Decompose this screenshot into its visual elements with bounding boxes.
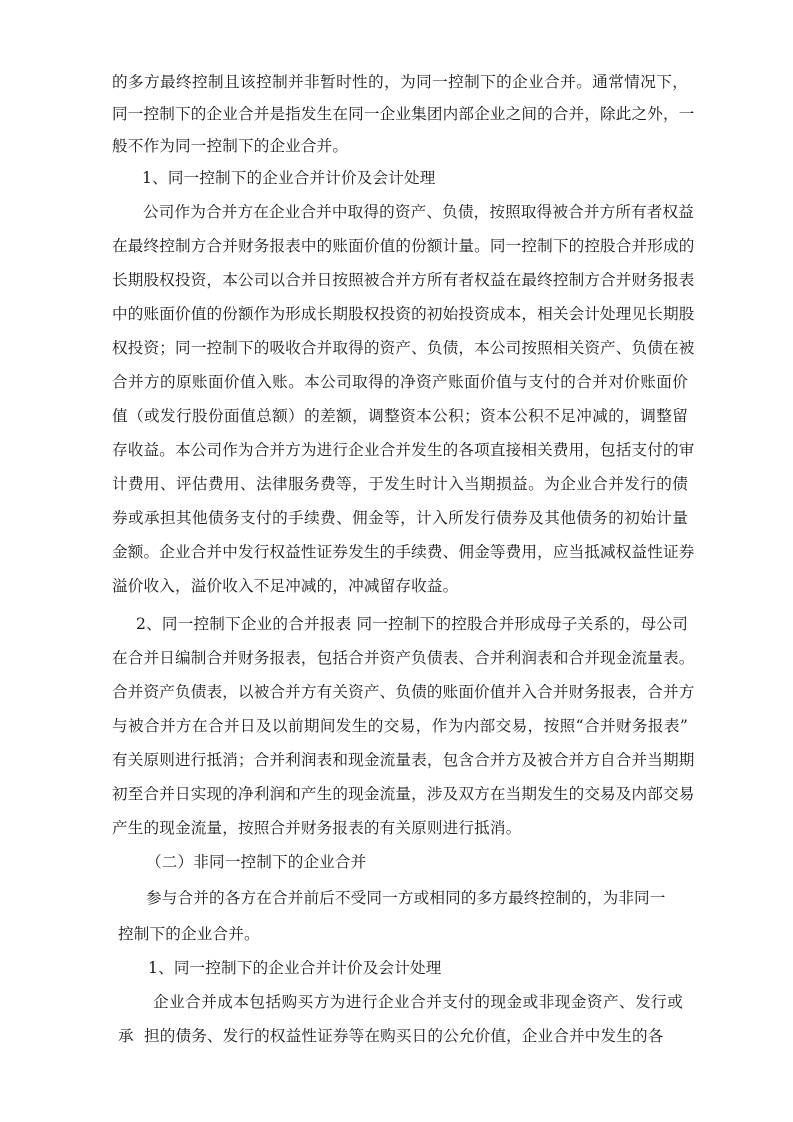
paragraph-line: 与被合并方在合并日及以前期间发生的交易，作为内部交易，按照“合并财务报表” [112, 716, 688, 736]
paragraph-line: 计费用、评估费用、法律服务费等，于发生时计入当期损益。为企业合并发行的债 [112, 474, 688, 494]
paragraph-line: 产生的现金流量，按照合并财务报表的有关原则进行抵消。 [112, 818, 521, 838]
paragraph-line: 参与合并的各方在合并前后不受同一方或相同的多方最终控制的，为非同一 [146, 888, 666, 908]
paragraph-line: 公司作为合并方在企业合并中取得的资产、负债，按照取得被合并方所有者权益 [143, 202, 688, 222]
paragraph-line: 在合并日编制合并财务报表，包括合并资产负债表、合并利润表和合并现金流量表。 [112, 648, 688, 668]
paragraph-line: 权投资；同一控制下的吸收合并取得的资产、负债，本公司按照相关资产、负债在被 [112, 338, 688, 358]
paragraph-line: 券或承担其他债务支付的手续费、佣金等，计入所发行债券及其他债务的初始计量 [112, 508, 688, 528]
paragraph-line: 2、同一控制下企业的合并报表 同一控制下的控股合并形成母子关系的，母公司 [136, 614, 688, 634]
paragraph-line: 承 担的债务、发行的权益性证券等在购买日的公允价值，企业合并中发生的各 [118, 1026, 664, 1046]
document-page: 的多方最终控制且该控制并非暂时性的，为同一控制下的企业合并。通常情况下， 同一控… [0, 0, 793, 1122]
paragraph-line: 在最终控制方合并财务报表中的账面价值的份额计量。同一控制下的控股合并形成的 [112, 236, 688, 256]
paragraph-line: 合并方的原账面价值入账。本公司取得的净资产账面价值与支付的合并对价账面价 [112, 372, 688, 392]
paragraph-line: 般不作为同一控制下的企业合并。 [112, 136, 348, 156]
paragraph-line: 金额。企业合并中发行权益性证券发生的手续费、佣金等费用，应当抵减权益性证券 [112, 542, 688, 562]
paragraph-line: 合并资产负债表，以被合并方有关资产、负债的账面价值并入合并财务报表，合并方 [112, 682, 688, 702]
paragraph-line: 控制下的企业合并。 [118, 924, 260, 944]
paragraph-line: 企业合并成本包括购买方为进行企业合并支付的现金或非现金资产、发行或 [153, 992, 683, 1012]
paragraph-line: 同一控制下的企业合并是指发生在同一企业集团内部企业之间的合并，除此之外，一 [112, 104, 688, 124]
section-heading: （二）非同一控制下的企业合并 [146, 852, 366, 872]
paragraph-line: 溢价收入，溢价收入不足冲减的，冲减留存收益。 [112, 576, 458, 596]
paragraph-line: 初至合并日实现的净利润和产生的现金流量，涉及双方在当期发生的交易及内部交易 [112, 784, 688, 804]
paragraph-line: 有关原则进行抵消；合并利润表和现金流量表，包含合并方及被合并方自合并当期期 [112, 750, 688, 770]
section-heading: 1、同一控制下的企业合并计价及会计处理 [148, 958, 441, 978]
paragraph-line: 的多方最终控制且该控制并非暂时性的，为同一控制下的企业合并。通常情况下， [112, 72, 688, 92]
paragraph-line: 值（或发行股份面值总额）的差额，调整资本公积；资本公积不足冲减的，调整留 [112, 406, 688, 426]
paragraph-line: 长期股权投资，本公司以合并日按照被合并方所有者权益在最终控制方合并财务报表 [112, 270, 688, 290]
paragraph-line: 中的账面价值的份额作为形成长期股权投资的初始投资成本，相关会计处理见长期股 [112, 304, 688, 324]
paragraph-line: 存收益。本公司作为合并方为进行企业合并发生的各项直接相关费用，包括支付的审 [112, 440, 688, 460]
section-heading: 1、同一控制下的企业合并计价及会计处理 [142, 168, 435, 188]
